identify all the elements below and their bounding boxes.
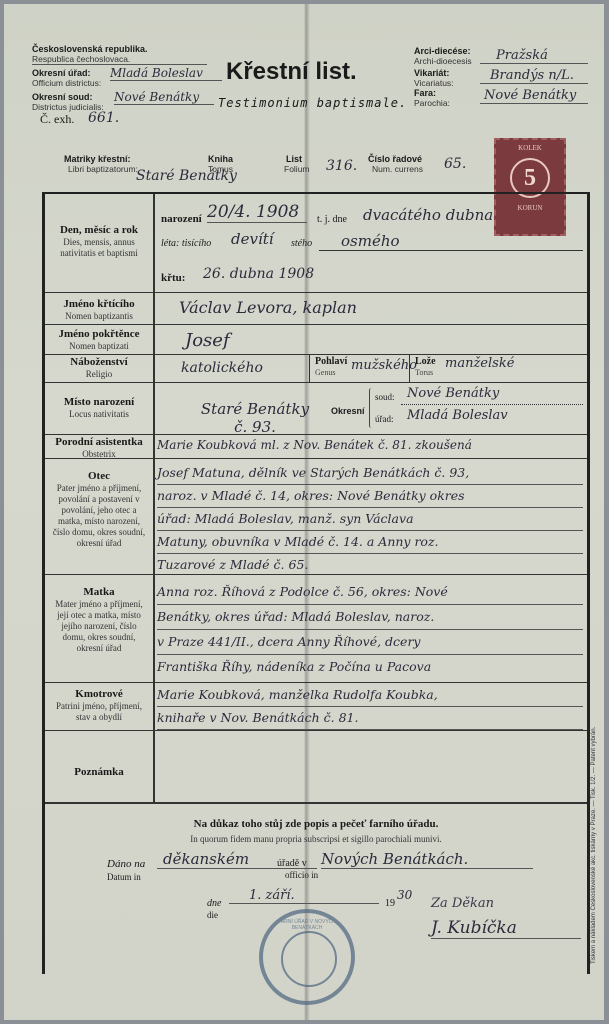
father-line: Matuny, obuvníka v Mladé č. 14. a Anny r… — [157, 531, 583, 554]
signature: J. Kubíčka — [431, 918, 581, 939]
parish-label: Fara: — [414, 88, 436, 98]
birth-date-value: 20/4. 1908 — [207, 202, 307, 223]
tj-value: dvacátého dubna — [363, 206, 493, 224]
year-hundred-value: osmého — [341, 232, 400, 250]
mother-line: v Praze 441/II., dcera Anny Říhové, dcer… — [157, 630, 583, 655]
baptized-value: Josef — [185, 330, 230, 351]
parish-value: Nové Benátky — [480, 88, 588, 104]
religion-value: katolického — [181, 360, 263, 376]
district-office-value: Mladá Boleslav — [110, 66, 222, 81]
label-mother: Matka Mater jméno a příjmení, její otec … — [45, 586, 153, 654]
office-label: úřad: — [375, 414, 394, 424]
birthplace-value: Staré Benátky č. 93. — [195, 400, 315, 436]
baptismal-certificate: Československá republika. Respublica čec… — [4, 4, 604, 1020]
godparents-line: Marie Koubková, manželka Rudolfa Koubka, — [157, 684, 583, 707]
godparents-line: knihaře v Nov. Benátkách č. 81. — [157, 707, 583, 730]
district-office-latin: Officium districtus: — [32, 78, 101, 88]
office-in-latin: officio in — [285, 870, 318, 880]
mother-line: Františka Říhy, nádeníka z Počína u Paco… — [157, 655, 583, 679]
serial-number-latin: Num. currens — [372, 164, 423, 174]
label-godparents: Kmotrové Patrini jméno, příjmení, stav a… — [45, 688, 153, 723]
father-value: Josef Matuna, dělník ve Starých Benátkác… — [157, 462, 583, 576]
court-label: soud: — [375, 392, 395, 402]
archdiocese-latin: Archi-dioecesis — [414, 56, 472, 66]
folio-label: List — [286, 154, 302, 164]
document-title: Křestní list. — [226, 58, 357, 86]
label-baptized: Jméno pokřtěnce Nomen baptizati — [45, 328, 153, 352]
serial-number-value: 65. — [444, 156, 466, 172]
label-baptizer: Jméno křtícího Nomen baptizantis — [45, 298, 153, 322]
baptism-label: křtu: — [161, 272, 185, 284]
registry-latin: Libri baptizatorum: — [68, 164, 138, 174]
archdiocese-value: Pražská — [480, 48, 588, 64]
mother-value: Anna roz. Říhová z Podolce č. 56, okres:… — [157, 580, 583, 679]
exhibit-number-value: 661. — [88, 110, 119, 126]
given-at-label: Dáno na — [107, 858, 145, 870]
bed-latin: Torus — [415, 368, 433, 377]
mother-line: Benátky, okres úřad: Mladá Boleslav, nar… — [157, 605, 583, 630]
sex-label: Pohlaví — [315, 356, 347, 367]
tj-label: t. j. dne — [317, 214, 347, 225]
baptizer-value: Václav Levora, kaplan — [179, 298, 357, 317]
printer-note: Tiskem a nákladem Československé akc. ti… — [591, 727, 597, 964]
father-line: Josef Matuna, dělník ve Starých Benátkác… — [157, 462, 583, 485]
vicariate-latin: Vicariatus: — [414, 78, 454, 88]
record-table: Den, měsíc a rok Dies, mensis, annus nat… — [42, 192, 590, 974]
date-latin: die — [207, 910, 218, 920]
office-value: Mladá Boleslav — [407, 408, 508, 423]
attestation-latin: In quorum fidem manu propria subscripsi … — [45, 834, 587, 844]
signature-title: Za Děkan — [431, 896, 494, 911]
mother-line: Anna roz. Říhová z Podolce č. 56, okres:… — [157, 580, 583, 605]
folio-latin: Folium — [284, 164, 310, 174]
year-value: 30 — [397, 888, 412, 902]
vicariate-value: Brandýs n/L. — [480, 68, 588, 84]
archdiocese-label: Arci-diecése: — [414, 46, 471, 56]
seal-text: FARNÍ ÚŘAD V NOVÝCH BENÁTKÁCH — [263, 919, 351, 931]
stamp-top-text: KOLEK — [496, 144, 564, 152]
year-prefix: 19 — [385, 898, 395, 909]
book-latin: Tomus — [208, 164, 233, 174]
label-midwife: Porodní asistentka Obstetrix — [45, 436, 153, 460]
date-label: dne — [207, 898, 221, 909]
label-date: Den, měsíc a rok Dies, mensis, annus nat… — [45, 224, 153, 259]
given-at-latin: Datum in — [107, 872, 141, 882]
label-note: Poznámka — [45, 766, 153, 779]
book-label: Kniha — [208, 154, 233, 164]
serial-number-label: Číslo řadové — [368, 154, 422, 164]
godparents-value: Marie Koubková, manželka Rudolfa Koubka,… — [157, 684, 583, 730]
registry-label: Matriky křestní: — [64, 154, 131, 164]
bed-label: Lože — [415, 356, 436, 367]
parish-seal: FARNÍ ÚŘAD V NOVÝCH BENÁTKÁCH — [259, 909, 355, 1005]
label-father: Otec Pater jméno a příjmení, povolání a … — [45, 470, 153, 549]
vicariate-label: Vikariát: — [414, 68, 449, 78]
exhibit-number-label: Č. exh. — [40, 112, 74, 127]
district-court-value: Nové Benátky — [114, 90, 214, 105]
bed-value: manželské — [445, 356, 514, 371]
document-subtitle: Testimonium baptismale. — [218, 96, 407, 110]
sex-latin: Genus — [315, 368, 335, 377]
label-religion: Náboženství Religio — [45, 356, 153, 380]
republic-label: Československá republika. — [32, 44, 148, 54]
label-birthplace: Místo narození Locus nativitatis — [45, 396, 153, 420]
year-thousand-value: devítí — [231, 230, 274, 248]
midwife-value: Marie Koubková ml. z Nov. Benátek č. 81.… — [157, 438, 472, 452]
district-office-label: Okresní úřad: — [32, 68, 91, 78]
father-line: úřad: Mladá Boleslav, manž. syn Václava — [157, 508, 583, 531]
father-line: Tuzarové z Mladé č. 65. — [157, 554, 583, 576]
baptism-date-value: 26. dubna 1908 — [203, 266, 314, 282]
father-line: naroz. v Mladé č. 14, okres: Nové Benátk… — [157, 485, 583, 508]
year-label: léta: tisícího — [161, 238, 211, 249]
republic-latin: Respublica čechoslovaca. — [32, 54, 207, 65]
attestation-text: Na důkaz toho stůj zde popis a pečeť far… — [45, 818, 587, 830]
sex-value: mužského — [351, 358, 417, 373]
issue-date-value: 1. září. — [229, 888, 379, 904]
office-in-label: úřadě v — [277, 858, 307, 869]
given-at-place-value: Nových Benátkách. — [321, 850, 533, 869]
district-court-label: Okresní soud: — [32, 92, 93, 102]
birth-label: narození — [161, 214, 202, 224]
court-value: Nové Benátky — [407, 386, 499, 401]
parish-latin: Parochia: — [414, 98, 450, 108]
district-label: Okresní — [331, 406, 365, 416]
folio-value: 316. — [326, 158, 357, 174]
hundred-label: stého — [291, 238, 312, 249]
